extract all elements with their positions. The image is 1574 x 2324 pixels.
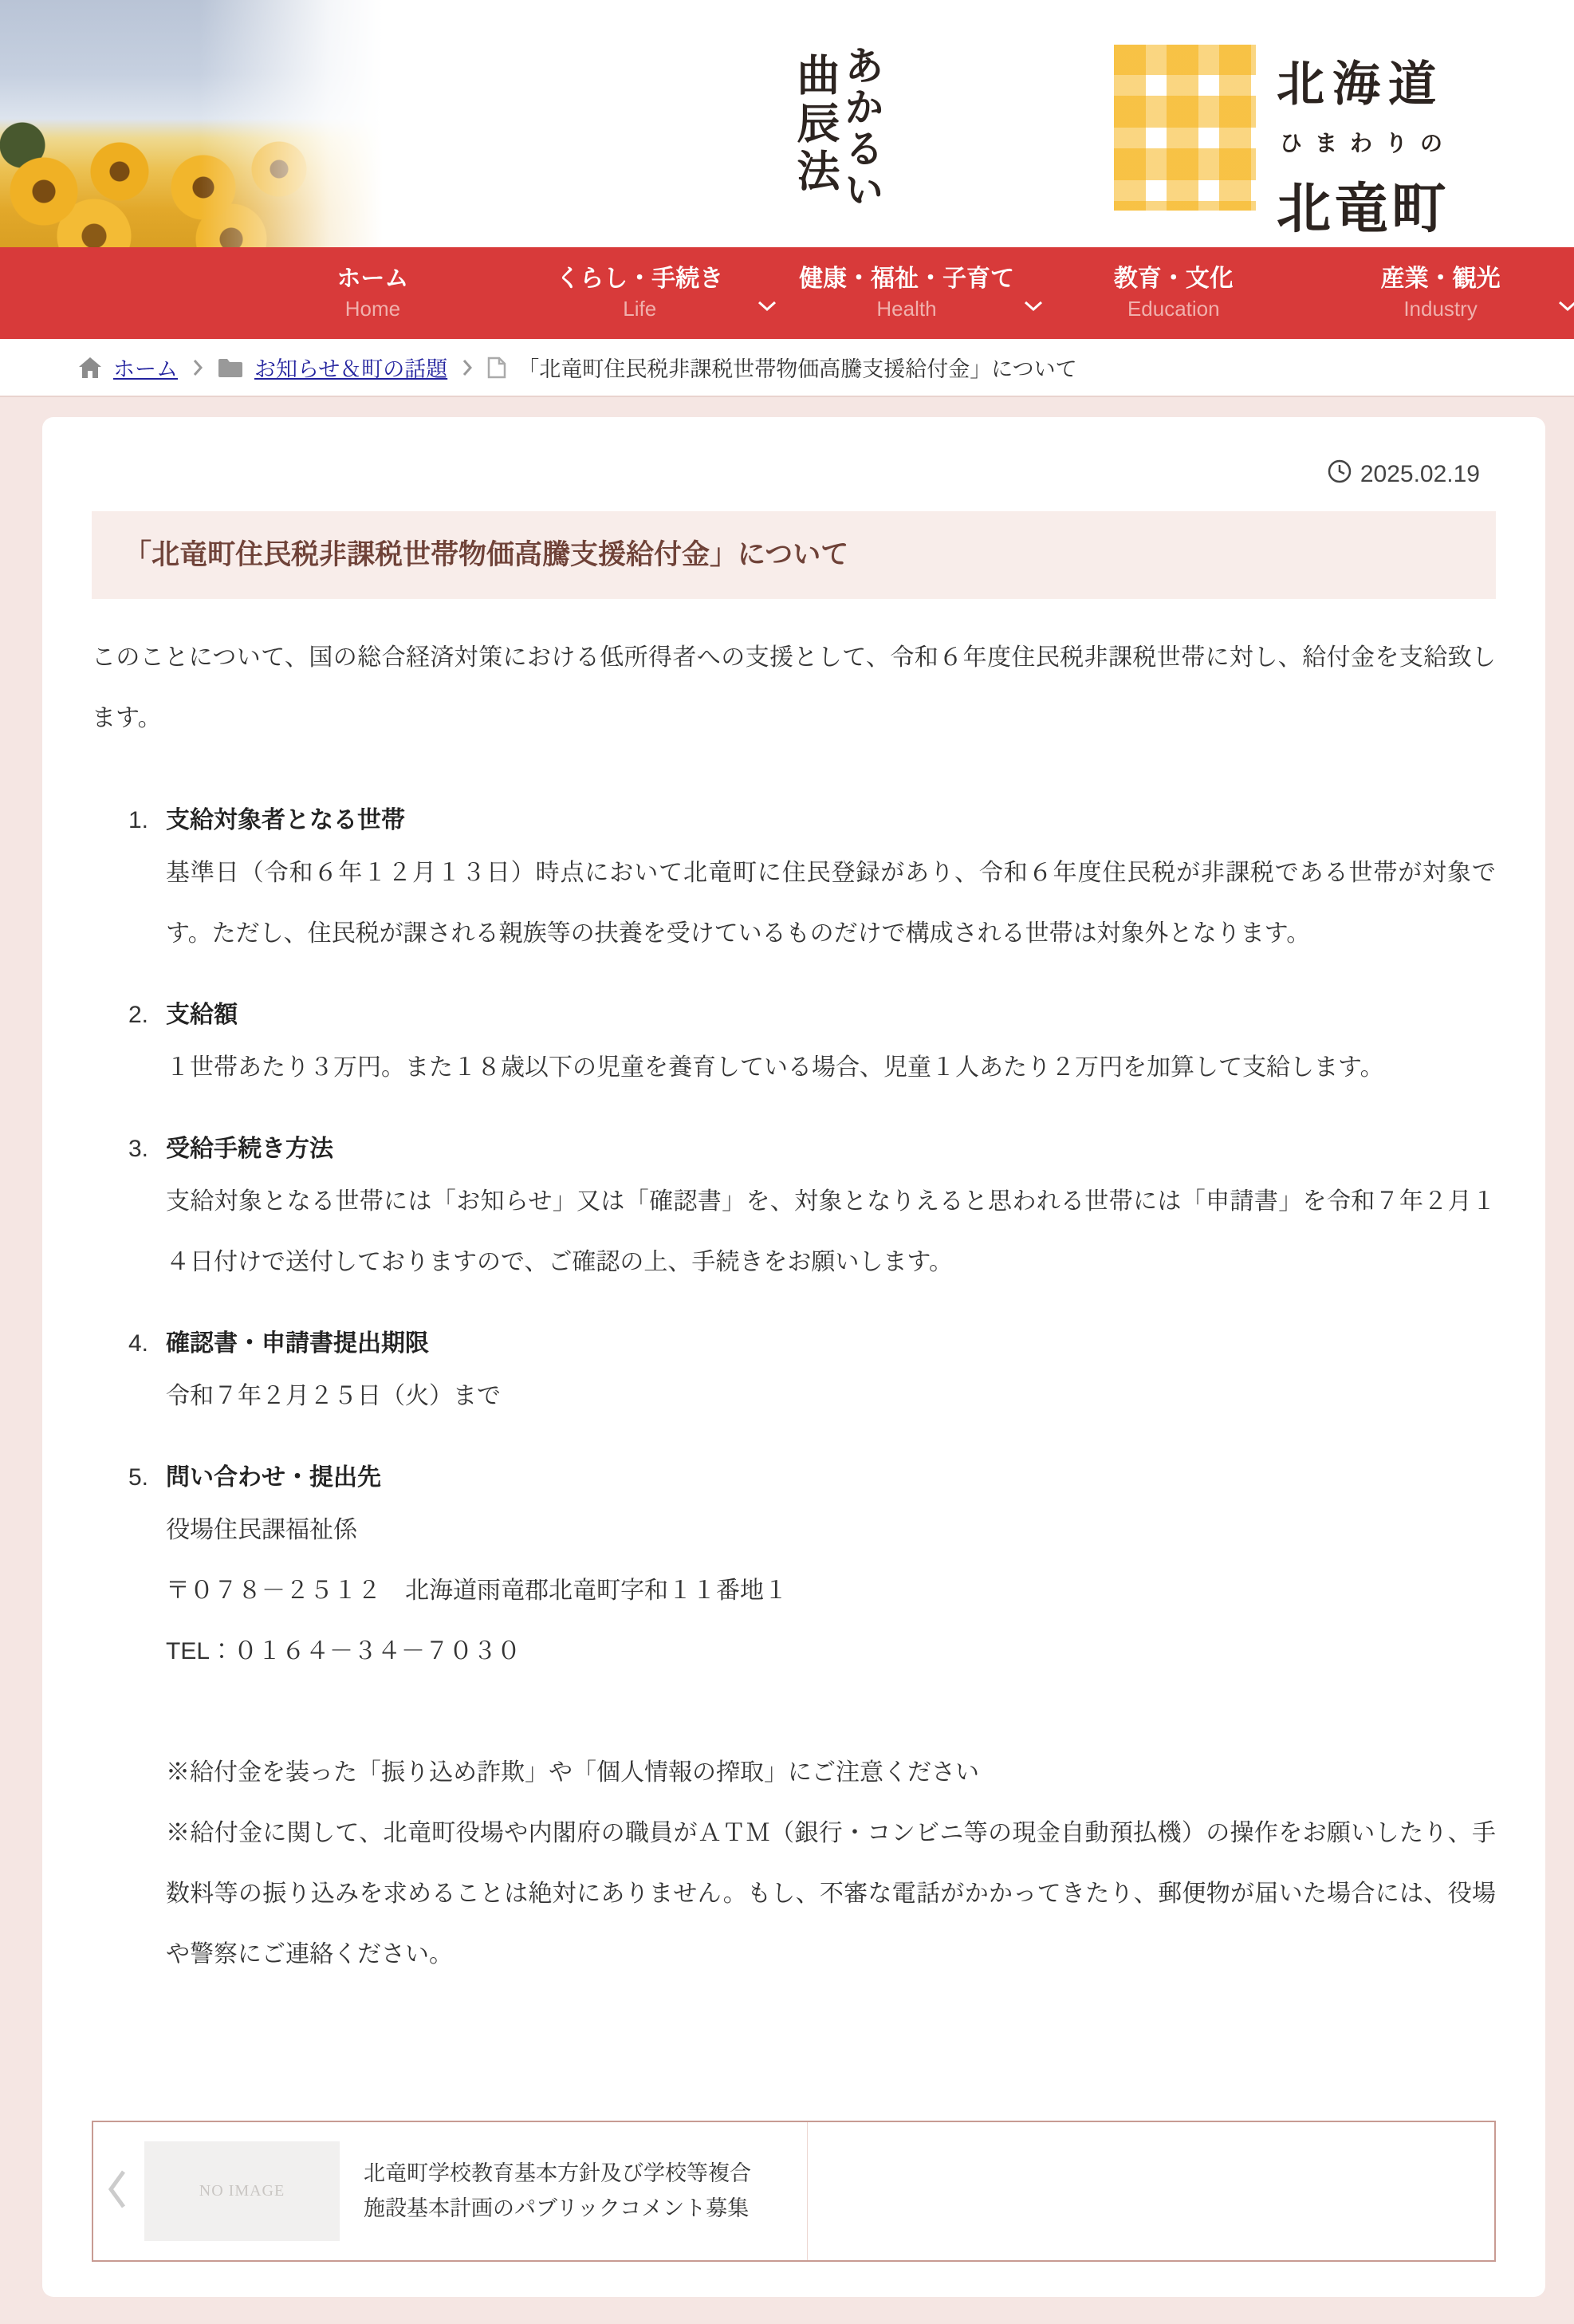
nav-industry-label-jp: 産業・観光 (1381, 265, 1501, 293)
logo-slogan-right-column: あかるい (841, 45, 881, 211)
list-item-heading: 支給額 (166, 993, 238, 1038)
list-item-body: １世帯あたり３万円。また１８歳以下の児童を養育している場合、児童１人あたり２万円… (166, 1038, 1496, 1098)
article-date-row: 2025.02.19 (92, 417, 1496, 490)
site-header: 曲辰法 あかるい 北海道 ひまわりの 北竜町 (0, 0, 1574, 247)
nav-life-label-en: Life (623, 297, 656, 321)
nav-industry-label-en: Industry (1403, 297, 1478, 321)
list-item: 2. 支給額 １世帯あたり３万円。また１８歳以下の児童を養育している場合、児童１… (92, 993, 1496, 1098)
list-item-number: 3. (128, 1127, 166, 1172)
list-item-number: 4. (128, 1322, 166, 1366)
sunflower-hero-photo (0, 0, 383, 247)
logo-town-name: 北竜町 (1277, 166, 1455, 243)
nav-item-health[interactable]: 健康・福祉・子育て Health (773, 247, 1041, 339)
logo-slogan: 曲辰法 あかるい (793, 45, 1087, 211)
contact-phone: TEL：０１６４－３４－７０３０ (166, 1621, 1496, 1682)
nav-education-label-en: Education (1127, 297, 1220, 321)
caution-notes: ※給付金を装った「振り込め詐欺」や「個人情報の搾取」にご注意ください ※給付金に… (166, 1743, 1496, 1985)
list-item: 1. 支給対象者となる世帯 基準日（令和６年１２月１３日）時点において北竜町に住… (92, 798, 1496, 964)
list-item: 5. 問い合わせ・提出先 役場住民課福祉係 〒０７８－２５１２ 北海道雨竜郡北竜… (92, 1455, 1496, 1682)
list-item: 4. 確認書・申請書提出期限 令和７年２月２５日（火）まで (92, 1322, 1496, 1427)
previous-article-title: 北竜町学校教育基本方針及び学校等複合施設基本計画のパブリックコメント募集 (364, 2157, 762, 2225)
logo-region: 北海道 (1277, 46, 1455, 115)
nav-item-home[interactable]: ホーム Home (239, 247, 506, 339)
article-pager: NO IMAGE 北竜町学校教育基本方針及び学校等複合施設基本計画のパブリックコ… (92, 2121, 1496, 2262)
chevron-left-icon (106, 2167, 127, 2216)
contact-address: 〒０７８－２５１２ 北海道雨竜郡北竜町字和１１番地１ (166, 1561, 1496, 1621)
list-item-heading: 問い合わせ・提出先 (166, 1455, 381, 1500)
logo-slogan-left-column: 曲辰法 (793, 53, 836, 211)
nav-health-label-jp: 健康・福祉・子育て (799, 265, 1014, 293)
article-numbered-list: 1. 支給対象者となる世帯 基準日（令和６年１２月１３日）時点において北竜町に住… (92, 798, 1496, 1711)
nav-education-label-jp: 教育・文化 (1114, 265, 1234, 293)
list-item-body: 令和７年２月２５日（火）まで (166, 1366, 1496, 1427)
list-item-body: 支給対象となる世帯には「お知らせ」又は「確認書」を、対象となりえると思われる世帯… (166, 1172, 1496, 1293)
breadcrumb-current-page: 「北竜町住民税非課税世帯物価高騰支援給付金」について (517, 352, 1076, 383)
nav-health-label-en: Health (876, 297, 936, 321)
nav-home-label-en: Home (345, 297, 400, 321)
document-icon (487, 356, 506, 379)
list-item-heading: 受給手続き方法 (166, 1127, 333, 1172)
home-icon (78, 356, 102, 379)
list-item-heading: 確認書・申請書提出期限 (166, 1322, 429, 1366)
chevron-right-icon (462, 359, 473, 376)
contact-department: 役場住民課福祉係 (166, 1500, 1496, 1561)
nav-item-life[interactable]: くらし・手続き Life (506, 247, 773, 339)
nav-item-education[interactable]: 教育・文化 Education (1040, 247, 1307, 339)
site-logo[interactable]: 曲辰法 あかるい 北海道 ひまわりの 北竜町 (793, 22, 1455, 243)
breadcrumb-category-link[interactable]: お知らせ＆町の話題 (254, 352, 447, 383)
chevron-right-icon (192, 359, 203, 376)
article-date: 2025.02.19 (1360, 461, 1480, 488)
list-item: 3. 受給手続き方法 支給対象となる世帯には「お知らせ」又は「確認書」を、対象と… (92, 1127, 1496, 1293)
logo-subtitle: ひまわりの (1280, 126, 1455, 158)
caution-note: ※給付金に関して、北竜町役場や内閣府の職員がＡＴＭ（銀行・コンビニ等の現金自動預… (166, 1803, 1496, 1985)
nav-life-label-jp: くらし・手続き (556, 265, 723, 293)
folder-icon (218, 357, 243, 378)
list-item-number: 5. (128, 1455, 166, 1500)
list-item-number: 1. (128, 798, 166, 843)
nav-item-industry[interactable]: 産業・観光 Industry (1307, 247, 1574, 339)
nav-home-label-jp: ホーム (336, 265, 408, 293)
article-card: 2025.02.19 「北竜町住民税非課税世帯物価高騰支援給付金」について この… (42, 417, 1545, 2297)
article-intro: このことについて、国の総合経済対策における低所得者への支援として、令和６年度住民… (92, 628, 1496, 749)
gingham-pattern-icon (1114, 45, 1256, 211)
list-item-number: 2. (128, 993, 166, 1038)
breadcrumb-home-link[interactable]: ホーム (113, 352, 178, 383)
main-nav: ホーム Home くらし・手続き Life 健康・福祉・子育て Health 教… (0, 247, 1574, 339)
chevron-down-icon (1558, 301, 1574, 312)
page-background: 2025.02.19 「北竜町住民税非課税世帯物価高騰支援給付金」について この… (0, 397, 1574, 2324)
no-image-placeholder: NO IMAGE (144, 2141, 340, 2241)
breadcrumb: ホーム お知らせ＆町の話題 「北竜町住民税非課税世帯物価高騰支援給付金」について (0, 339, 1574, 397)
caution-note: ※給付金を装った「振り込め詐欺」や「個人情報の搾取」にご注意ください (166, 1743, 1496, 1803)
logo-text: 北海道 ひまわりの 北竜町 (1277, 22, 1455, 243)
list-item-body: 基準日（令和６年１２月１３日）時点において北竜町に住民登録があり、令和６年度住民… (166, 843, 1496, 964)
list-item-heading: 支給対象者となる世帯 (166, 798, 405, 843)
next-article-slot-empty (808, 2122, 1494, 2260)
previous-article-link[interactable]: NO IMAGE 北竜町学校教育基本方針及び学校等複合施設基本計画のパブリックコ… (93, 2122, 808, 2260)
page-title: 「北竜町住民税非課税世帯物価高騰支援給付金」について (92, 511, 1496, 599)
clock-icon (1327, 459, 1352, 490)
